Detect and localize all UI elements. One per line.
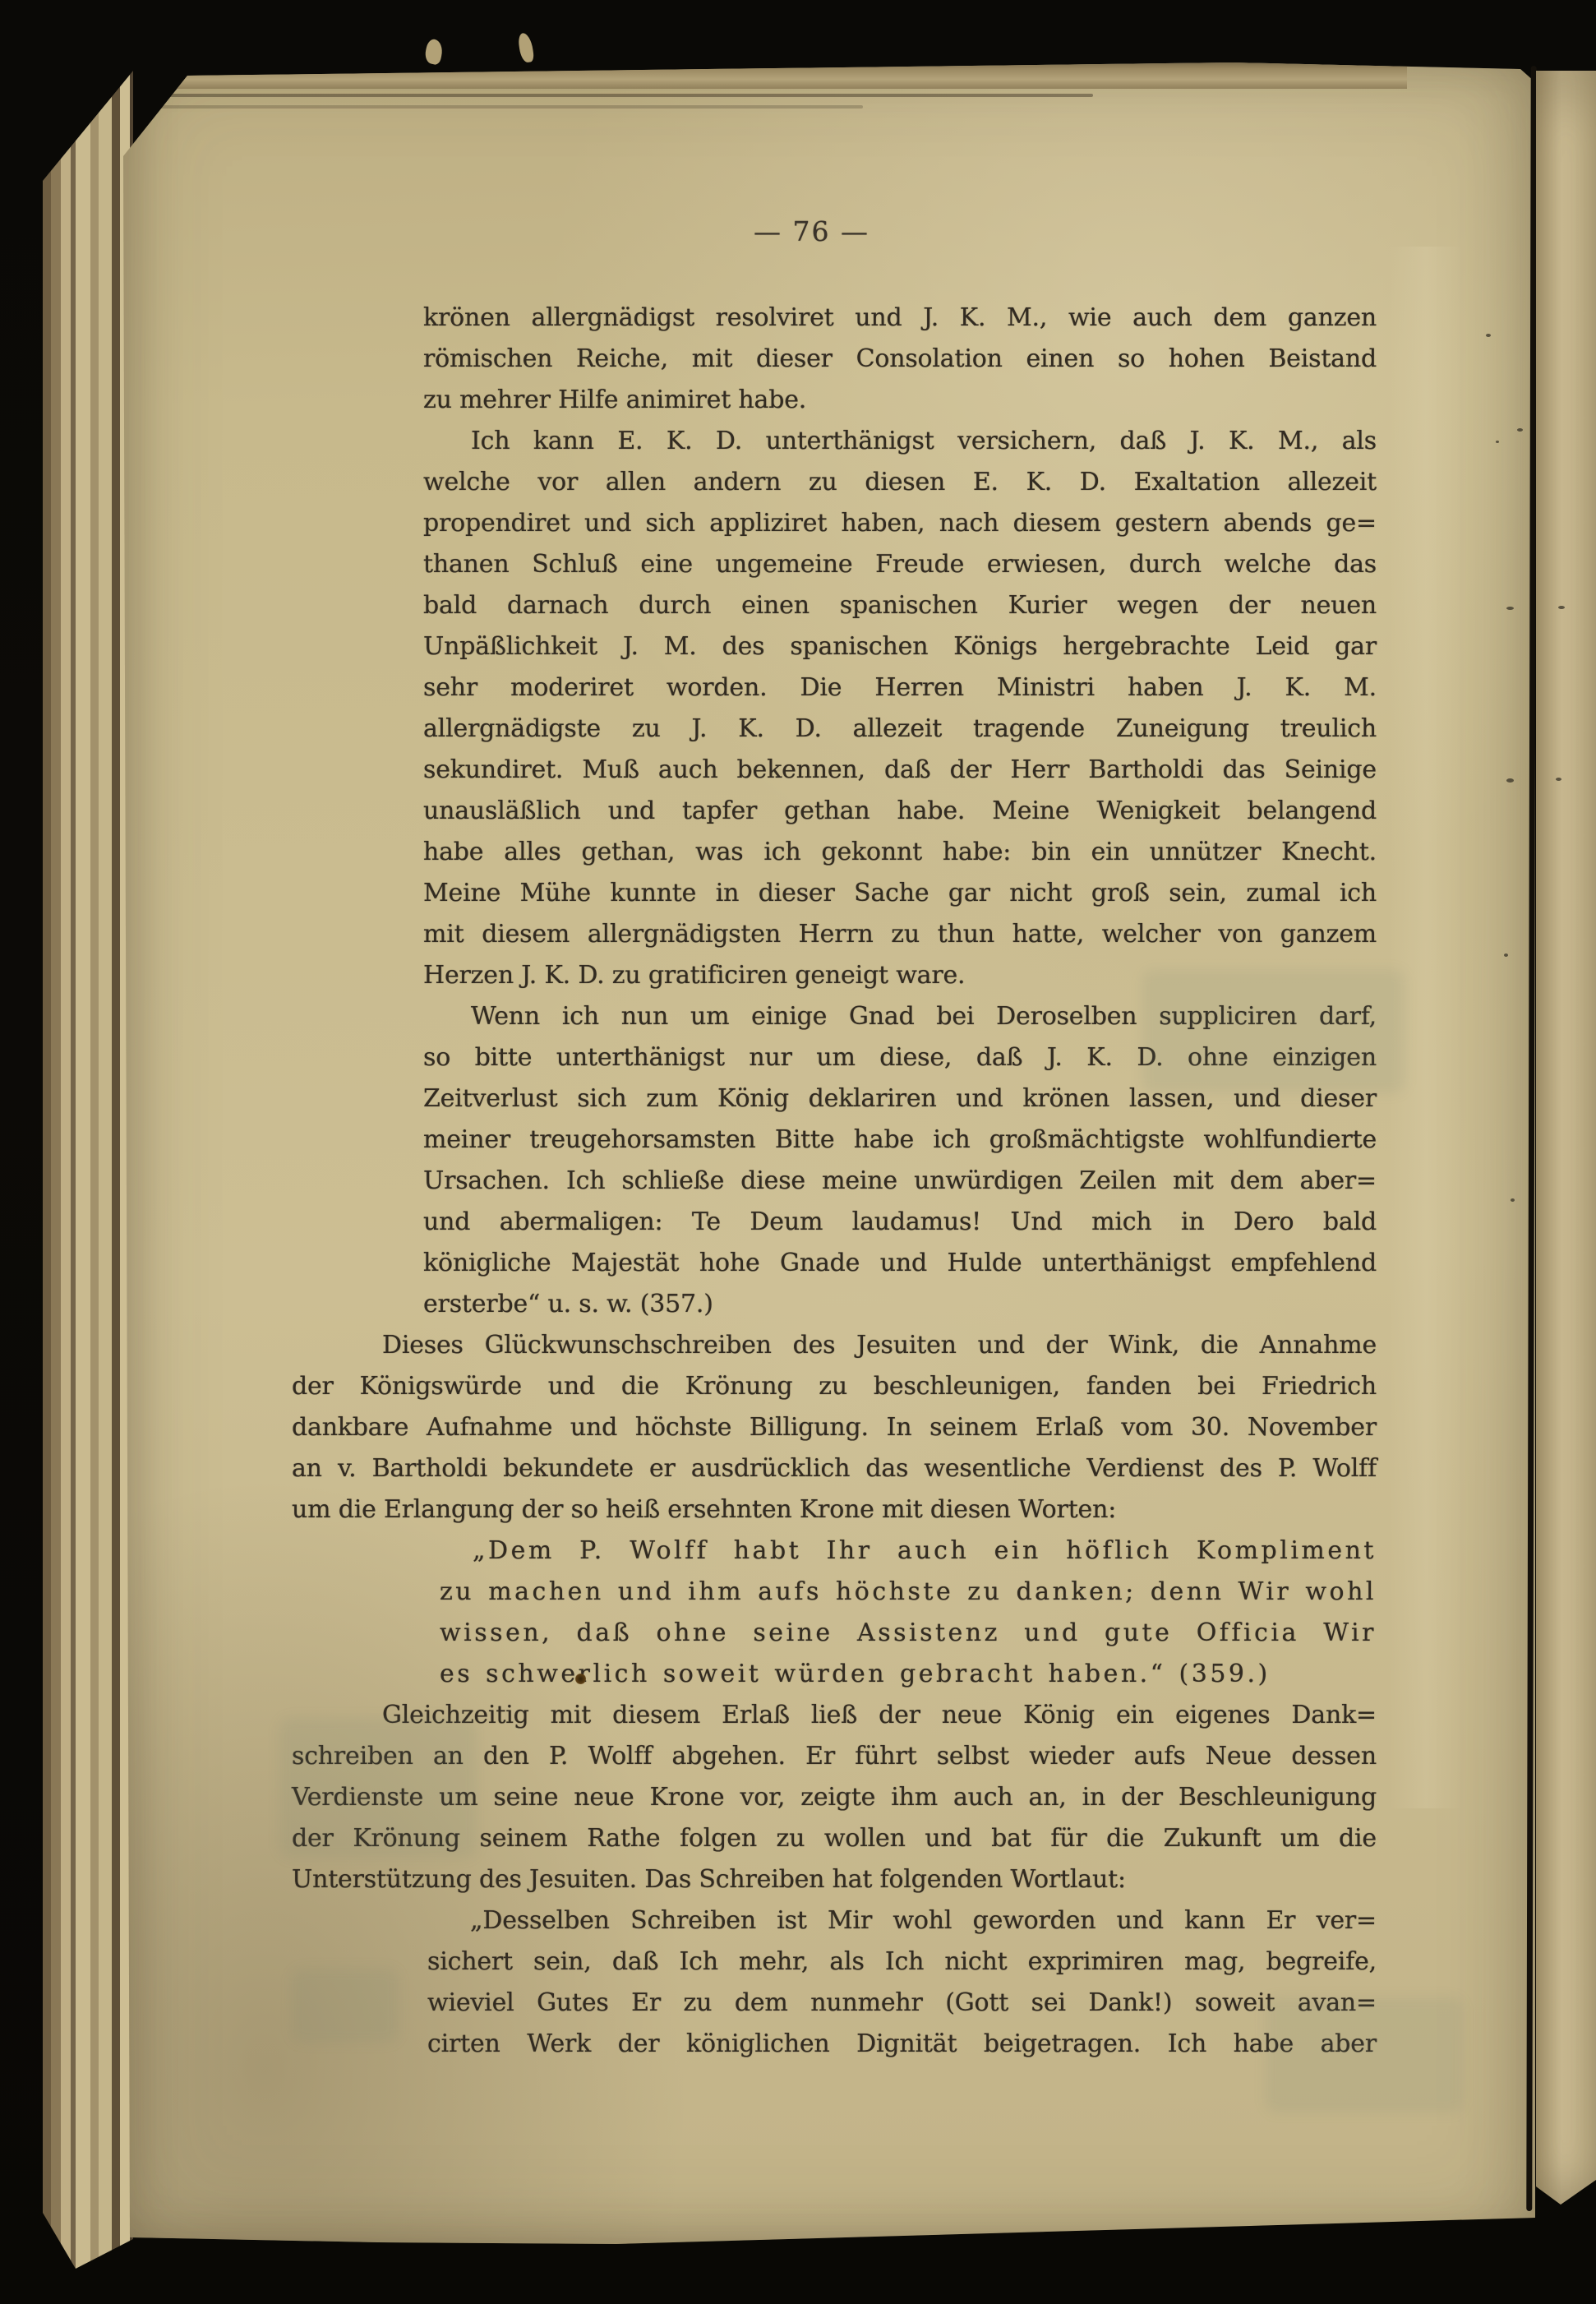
top-page-edges [123,58,1407,89]
text-line: der Königswürde und die Krönung zu besch… [292,1366,1377,1407]
left-page-stack [43,59,133,2270]
body-paragraph-1: Dieses Glückwunschschreiben des Jesuiten… [292,1325,1377,1531]
speck [1511,1198,1515,1202]
text-line: sekundiret. Muß auch bekennen, daß der H… [423,750,1377,791]
text-line: sehr moderiret worden. Die Herren Minist… [423,667,1377,709]
text-line: wieviel Gutes Er zu dem nunmehr (Gott se… [427,1983,1377,2024]
speck [1556,778,1561,781]
speck [1558,606,1565,609]
adjacent-page-edge [1536,71,1596,2218]
text-line: sichert sein, daß Ich mehr, als Ich nich… [427,1942,1377,1983]
text-line: dankbare Aufnahme und höchste Billigung.… [292,1407,1377,1448]
text-line: allergnädigste zu J. K. D. allezeit trag… [423,709,1377,750]
top-edge-shadow [123,105,863,109]
text-line: krönen allergnädigst resolviret und J. K… [423,298,1377,339]
text-line: Dieses Glückwunschschreiben des Jesuiten… [292,1325,1377,1366]
text-line: und abermaligen: Te Deum laudamus! Und m… [423,1202,1377,1243]
show-through [279,1718,477,1858]
text-line: Ursachen. Ich schließe diese meine unwür… [423,1161,1377,1202]
text-line: meiner treugehorsamsten Bitte habe ich g… [423,1120,1377,1161]
letter-quote-block-2: „Desselben Schreiben ist Mir wohl geword… [427,1900,1377,2065]
paper-sheen [1389,247,1463,1808]
text-line: zu machen und ihm aufs höchste zu danken… [440,1572,1377,1613]
text-line: „Desselben Schreiben ist Mir wohl geword… [427,1900,1377,1942]
paper-tuft [423,38,445,66]
book-scan: { "document": { "type": "scanned-book-pa… [0,0,1596,2304]
paper-tuft [518,32,535,63]
show-through [1266,1997,1463,2112]
speck [1517,428,1523,432]
text-line: cirten Werk der königlichen Dignität bei… [427,2024,1377,2065]
page-number: — 76 — [292,215,1377,248]
text-line: Ich kann E. K. D. unterthänigst versiche… [423,421,1377,462]
text-line: habe alles gethan, was ich gekonnt habe:… [423,832,1377,873]
text-line: römischen Reiche, mit dieser Consolation… [423,339,1377,380]
ink-blot [575,1674,586,1684]
spaced-quote-block: „Dem P. Wolff habt Ihr auch ein höflich … [440,1531,1377,1695]
speck [1486,334,1491,337]
text-line: bald darnach durch einen spanischen Kuri… [423,585,1377,626]
letter-quote-block-1: krönen allergnädigst resolviret und J. K… [423,298,1377,1325]
text-line: an v. Bartholdi bekundete er ausdrücklic… [292,1448,1377,1489]
text-line: thanen Schluß eine ungemeine Freude erwi… [423,544,1377,585]
text-line: welche vor allen andern zu diesen E. K. … [423,462,1377,503]
text-line: wissen, daß ohne seine Assistenz und gut… [440,1613,1377,1654]
top-edge-shadow [123,94,1093,97]
text-line: „Dem P. Wolff habt Ihr auch ein höflich … [440,1531,1377,1572]
show-through [292,1969,399,2043]
text-line: mit diesem allergnädigsten Herrn zu thun… [423,914,1377,955]
speck [1506,607,1514,610]
speck [1496,441,1499,443]
text-line: Meine Mühe kunnte in dieser Sache gar ni… [423,873,1377,914]
text-line: unausläßlich und tapfer gethan habe. Mei… [423,791,1377,832]
show-through [1142,970,1405,1093]
text-line: Unterstützung des Jesuiten. Das Schreibe… [292,1859,1377,1900]
scanned-page: — 76 — krönen allergnädigst resolviret u… [123,58,1535,2244]
text-line: königliche Majestät hohe Gnade und Hulde… [423,1243,1377,1284]
text-line: Unpäßlichkeit J. M. des spanischen König… [423,626,1377,667]
speck [1504,953,1508,957]
text-line: zu mehrer Hilfe animiret habe. [423,380,1377,421]
text-line: propendiret und sich appliziret haben, n… [423,503,1377,544]
text-line: um die Erlangung der so heiß ersehnten K… [292,1489,1377,1531]
speck [1506,778,1514,783]
text-line: ersterbe“ u. s. w. (357.) [423,1284,1377,1325]
